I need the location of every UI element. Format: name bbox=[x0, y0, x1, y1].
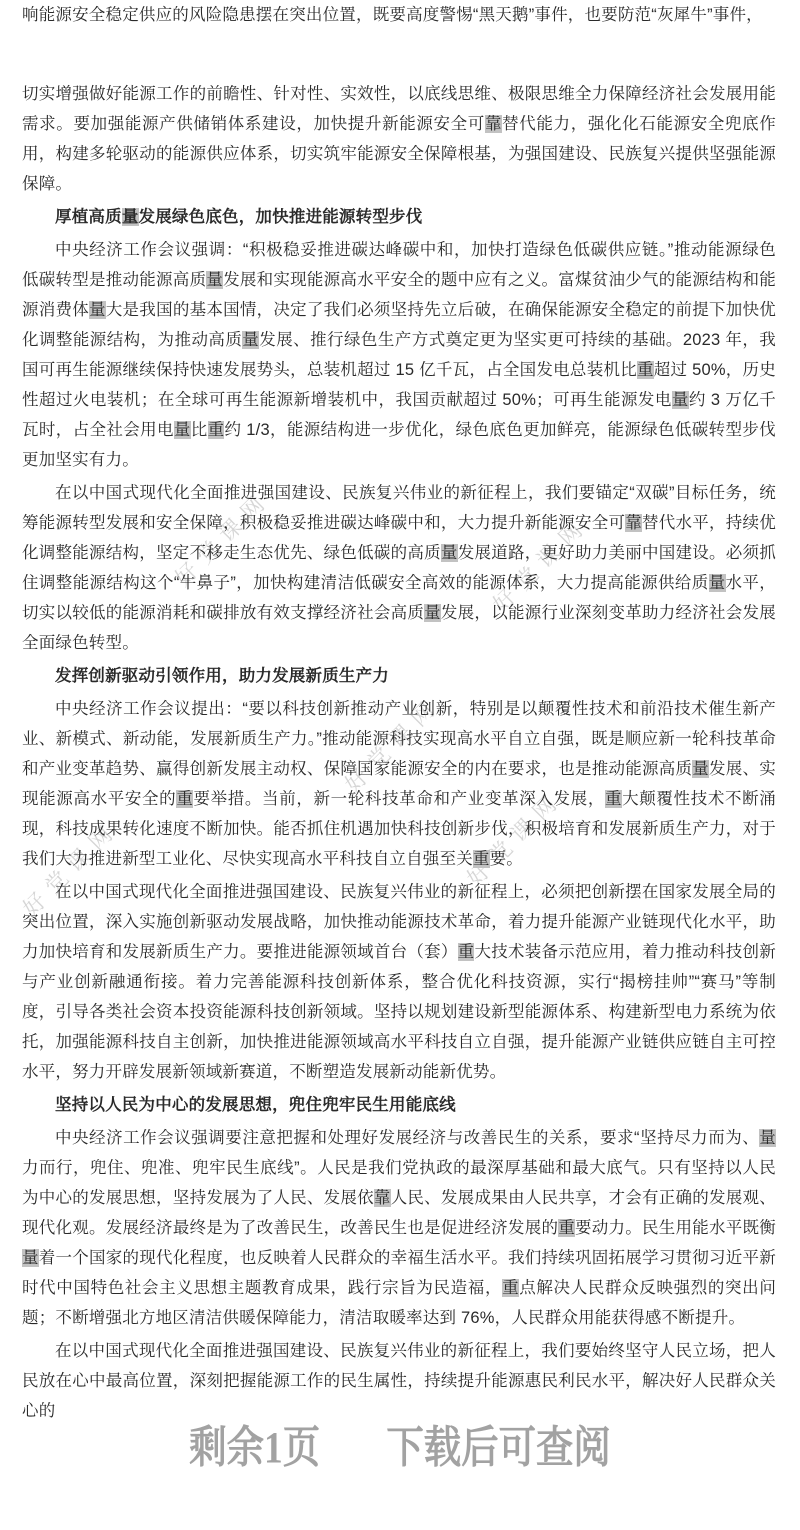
paragraph: 在以中国式现代化全面推进强国建设、民族复兴伟业的新征程上，我们要锚定“双碳”目标… bbox=[22, 478, 776, 658]
fallback-glyph: 量 bbox=[759, 1129, 776, 1147]
fallback-glyph: 量 bbox=[89, 301, 106, 319]
section-heading: 坚持以人民为中心的发展思想，兜住兜牢民生用能底线 bbox=[22, 1090, 776, 1120]
fallback-glyph: 量 bbox=[22, 1249, 39, 1267]
fallback-glyph: 重 bbox=[208, 421, 225, 439]
paragraph: 中央经济工作会议强调要注意把握和处理好发展经济与改善民生的关系，要求“坚持尽力而… bbox=[22, 1123, 776, 1333]
fallback-glyph: 重 bbox=[458, 943, 475, 961]
fallback-glyph: 量 bbox=[174, 421, 191, 439]
section-heading: 厚植高质量发展绿色底色，加快推进能源转型步伐 bbox=[22, 202, 776, 232]
fallback-glyph: 量 bbox=[242, 331, 259, 349]
fallback-glyph: 靠 bbox=[374, 1189, 391, 1207]
fallback-glyph: 重 bbox=[473, 850, 490, 868]
download-hint-label: 下载后可查阅 bbox=[386, 1423, 610, 1472]
document-body: 响能源安全稳定供应的风险隐患摆在突出位置，既要高度警惕“黑天鹅”事件，也要防范“… bbox=[22, 0, 776, 1429]
fallback-glyph: 量 bbox=[122, 208, 139, 226]
fallback-glyph: 重 bbox=[558, 1219, 575, 1237]
fallback-glyph: 量 bbox=[672, 391, 689, 409]
fallback-glyph: 量 bbox=[424, 604, 441, 622]
continuation-paragraph: 切实增强做好能源工作的前瞻性、针对性、实效性，以底线思维、极限思维全力保障经济社… bbox=[22, 79, 776, 199]
fallback-glyph: 重 bbox=[176, 790, 193, 808]
paragraph: 中央经济工作会议强调：“积极稳妥推进碳达峰碳中和，加快打造绿色低碳供应链。”推动… bbox=[22, 235, 776, 475]
section-heading: 发挥创新驱动引领作用，助力发展新质生产力 bbox=[22, 661, 776, 691]
fallback-glyph: 量 bbox=[692, 760, 709, 778]
document-page: 好党课网好党课网好党课网好党课网好党课网 响能源安全稳定供应的风险隐患摆在突出位… bbox=[0, 0, 800, 1530]
fallback-glyph: 量 bbox=[206, 271, 223, 289]
fallback-glyph: 重 bbox=[502, 1279, 519, 1297]
fallback-glyph: 重 bbox=[637, 361, 654, 379]
paragraph: 中央经济工作会议提出：“要以科技创新推动产业创新，特别是以颠覆性技术和前沿技术催… bbox=[22, 694, 776, 874]
paragraph: 在以中国式现代化全面推进强国建设、民族复兴伟业的新征程上，必须把创新摆在国家发展… bbox=[22, 877, 776, 1087]
fallback-glyph: 量 bbox=[709, 574, 726, 592]
pages-remaining-banner: 剩余1页下载后可查阅 bbox=[60, 1422, 740, 1474]
fallback-glyph: 靠 bbox=[485, 115, 502, 133]
continuation-paragraph: 响能源安全稳定供应的风险隐患摆在突出位置，既要高度警惕“黑天鹅”事件，也要防范“… bbox=[22, 0, 776, 30]
fallback-glyph: 重 bbox=[605, 790, 622, 808]
fallback-glyph: 量 bbox=[441, 544, 458, 562]
pages-remaining-label: 剩余1页 bbox=[189, 1423, 320, 1472]
paragraph: 在以中国式现代化全面推进强国建设、民族复兴伟业的新征程上，我们要始终坚守人民立场… bbox=[22, 1336, 776, 1426]
fallback-glyph: 靠 bbox=[625, 514, 642, 532]
